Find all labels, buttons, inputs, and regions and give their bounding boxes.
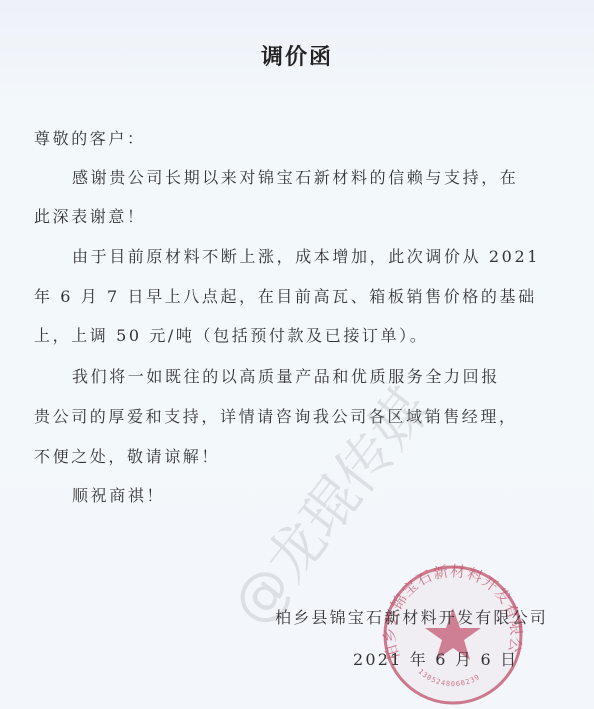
paragraph-1-line-2: 此深表谢意！ (34, 204, 146, 227)
paragraph-2-line-2: 年 6 月 7 日早上八点起，在目前高瓦、箱板销售价格的基础 (34, 284, 537, 307)
salutation: 尊敬的客户： (34, 126, 146, 149)
company-seal-stamp: 柏乡县锦宝石新材料开发有限公司 1305248060239 (378, 560, 528, 709)
paragraph-2-line-1: 由于目前原材料不断上涨，成本增加，此次调价从 2021 (72, 244, 540, 267)
paragraph-3-line-1: 我们将一如既往的以高质量产品和优质服务全力回报 (72, 364, 500, 387)
signature-company: 柏乡县锦宝石新材料开发有限公司 (275, 605, 548, 628)
paragraph-3-line-2: 贵公司的厚爱和支持，详情请咨询我公司各区域销售经理， (34, 404, 518, 427)
closing: 顺祝商祺！ (72, 483, 165, 506)
signature-date: 2021 年 6 月 6 日 (353, 647, 518, 670)
document-page: 调价函 尊敬的客户： 感谢贵公司长期以来对锦宝石新材料的信赖与支持，在 此深表谢… (0, 0, 594, 709)
paragraph-3-line-3: 不便之处，敬请谅解！ (34, 444, 220, 467)
paragraph-1-line-1: 感谢贵公司长期以来对锦宝石新材料的信赖与支持，在 (72, 165, 518, 188)
paragraph-2-line-3: 上，上调 50 元/吨（包括预付款及已接订单）。 (34, 323, 428, 346)
document-title: 调价函 (0, 40, 594, 71)
